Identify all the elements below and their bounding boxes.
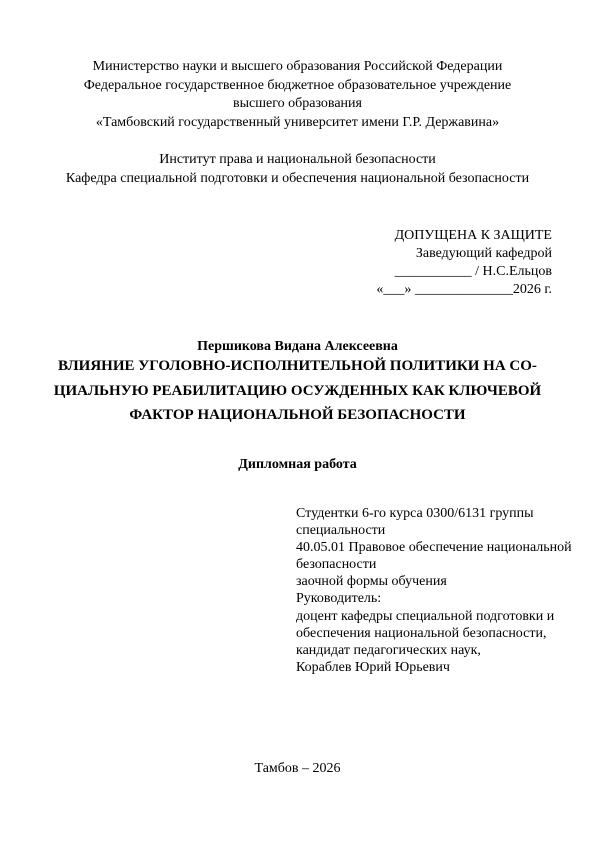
title-line: ФАКТОР НАЦИОНАЛЬНОЙ БЕЗОПАСНОСТИ	[0, 403, 595, 428]
university-name-line: «Тамбовский государственный университет …	[0, 114, 595, 133]
signature-line: ___________ / Н.С.Ельцов	[376, 263, 552, 281]
supervisor-position-line-cont: обеспечения национальной безопасности,	[296, 625, 572, 642]
organization-header: Министерство науки и высшего образования…	[0, 58, 595, 132]
specialty-code-line: 40.05.01 Правовое обеспечение национальн…	[296, 539, 572, 556]
title-line: ЦИАЛЬНУЮ РЕАБИЛИТАЦИЮ ОСУЖДЕННЫХ КАК КЛЮ…	[0, 379, 595, 404]
supervisor-position-line: доцент кафедры специальной подготовки и	[296, 608, 572, 625]
document-page: Министерство науки и высшего образования…	[0, 0, 595, 841]
approval-heading: ДОПУЩЕНА К ЗАЩИТЕ	[376, 227, 552, 245]
title-line: ВЛИЯНИЕ УГОЛОВНО-ИСПОЛНИТЕЛЬНОЙ ПОЛИТИКИ…	[0, 354, 595, 379]
work-type: Дипломная работа	[0, 456, 595, 474]
supervisor-name: Кораблев Юрий Юрьевич	[296, 659, 572, 676]
institution-type-line: Федеральное государственное бюджетное об…	[0, 77, 595, 96]
supervisor-label: Руководитель:	[296, 590, 572, 607]
institute-name: Институт права и национальной безопаснос…	[0, 151, 595, 170]
education-level-line: высшего образования	[0, 95, 595, 114]
thesis-title: ВЛИЯНИЕ УГОЛОВНО-ИСПОЛНИТЕЛЬНОЙ ПОЛИТИКИ…	[0, 354, 595, 428]
student-info-block: Студентки 6-го курса 0300/6131 группы сп…	[296, 505, 572, 676]
study-form-line: заочной формы обучения	[296, 573, 572, 590]
department-header: Институт права и национальной безопаснос…	[0, 151, 595, 188]
supervisor-degree-line: кандидат педагогических наук,	[296, 642, 572, 659]
approval-date-line: «___» ______________2026 г.	[376, 281, 552, 299]
specialty-label-line: специальности	[296, 522, 572, 539]
specialty-code-line-cont: безопасности	[296, 556, 572, 573]
city-year-footer: Тамбов – 2026	[0, 760, 595, 778]
student-course-line: Студентки 6-го курса 0300/6131 группы	[296, 505, 572, 522]
chair-name: Кафедра специальной подготовки и обеспеч…	[0, 170, 595, 189]
ministry-line: Министерство науки и высшего образования…	[0, 58, 595, 77]
approval-block: ДОПУЩЕНА К ЗАЩИТЕ Заведующий кафедрой __…	[376, 227, 552, 299]
approver-position: Заведующий кафедрой	[376, 245, 552, 263]
